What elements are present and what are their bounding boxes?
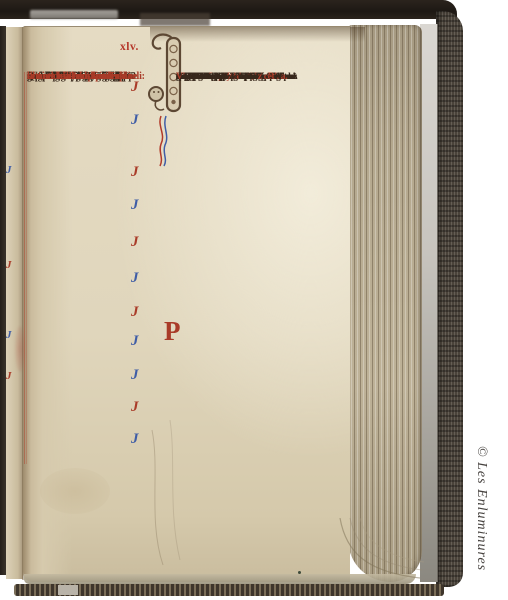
parchment-stain — [40, 468, 110, 514]
pen-flourish-icon: J — [131, 80, 145, 95]
paraph-mark-icon: J — [6, 165, 18, 176]
pen-flourish-icon: J — [131, 198, 145, 213]
binding-worn-patch — [140, 13, 210, 26]
pen-flourish-icon: J — [131, 165, 145, 180]
lombard-initial-p: P — [164, 318, 181, 345]
curved-page-edges — [336, 518, 426, 584]
manuscript-line: dnt ad laud' sup ps amī. — [27, 70, 124, 84]
back-cover-edge — [436, 11, 463, 587]
pen-flourish-icon: J — [131, 400, 145, 415]
folio-number: xlv. — [120, 41, 139, 53]
pen-flourish-icon: J — [131, 334, 145, 349]
inner-cover-strip — [420, 24, 438, 582]
book-bottom-edge — [14, 584, 444, 596]
pen-flourish-icon: J — [131, 368, 145, 383]
pen-flourish-icon: J — [131, 305, 145, 320]
paraph-mark-icon: J — [6, 260, 18, 271]
red-ruling-line — [26, 72, 27, 464]
red-ruling-line — [24, 72, 25, 464]
paraph-mark-icon: J — [6, 371, 18, 382]
manuscript-photo: xlv. eus in tnsmigrōnem babilonis. Et po… — [0, 0, 508, 600]
pen-flourish-icon: J — [131, 113, 145, 128]
decorated-initial-icon — [143, 32, 189, 168]
pen-flourish-icon: J — [131, 235, 145, 250]
ink-spot — [298, 571, 301, 574]
manuscript-line: V'erbum caro fc'm ē. z cet'. a. — [176, 70, 287, 84]
bottom-edge-gap — [58, 585, 78, 595]
pen-flourish-icon: J — [131, 432, 145, 447]
copyright-credit: © Les Enluminures — [473, 446, 489, 571]
fore-edge-page-stack — [348, 25, 422, 582]
facing-page-sliver — [6, 27, 23, 579]
pen-flourish-icon: J — [131, 271, 145, 286]
binding-highlight — [30, 10, 118, 19]
paraph-mark-icon: J — [6, 330, 18, 341]
